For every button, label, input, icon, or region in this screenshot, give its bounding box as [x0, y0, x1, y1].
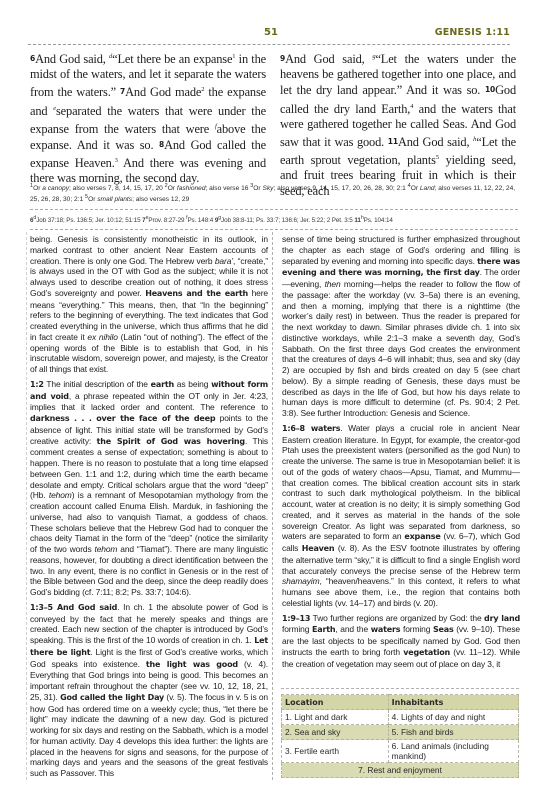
note-keyword: Heavens and the earth	[145, 289, 248, 298]
note-keyword: earth	[151, 380, 174, 389]
page-header: 51 GENESIS 1:11	[28, 26, 510, 45]
cross-ref-marker: h	[473, 136, 476, 143]
note-italic: shamayim	[282, 576, 320, 586]
footnote-number: 1	[30, 183, 33, 189]
chart-cell: 1. Light and dark	[282, 710, 389, 725]
chart-cell: 3. Fertile earth	[282, 740, 389, 763]
footnote-number: 5	[85, 194, 88, 200]
note-keyword: the light was good	[146, 660, 238, 669]
chart-cell: 6. Land animals (including mankind)	[388, 740, 518, 763]
note-italic: bara’	[215, 256, 233, 266]
verse-number: 11	[388, 137, 398, 146]
chart-cell: 4. Lights of day and night	[388, 710, 518, 725]
study-notes-column-left: being. Genesis is consistently monotheis…	[30, 234, 268, 783]
note-keyword: God called the light Day	[60, 693, 164, 702]
chart-row: 2. Sea and sky 5. Fish and birds	[282, 725, 519, 740]
chart-cell: 5. Fish and birds	[388, 725, 518, 740]
note-keyword: waters	[371, 625, 401, 634]
chart-cell: 2. Sea and sky	[282, 725, 389, 740]
chart-top-rule	[281, 688, 519, 689]
cross-reference-letter: h	[361, 215, 364, 221]
study-note-paragraph: sense of time being structured is furthe…	[282, 234, 520, 419]
verse-number: 10	[485, 85, 495, 94]
note-keyword: Let there be light	[30, 636, 268, 657]
footnote: 2Or fashioned; also verse 16	[165, 185, 251, 192]
note-keyword: Heaven	[302, 544, 335, 553]
footnote-marker: 4	[410, 103, 413, 110]
cross-reference-letter: g	[218, 215, 221, 221]
cross-ref-marker: f	[215, 123, 217, 130]
study-note-paragraph: 1:9–13 Two further regions are organized…	[282, 613, 520, 670]
note-keyword: there was evening and there was morning,…	[282, 257, 520, 278]
chart-footer-cell: 7. Rest and enjoyment	[282, 763, 519, 778]
note-keyword: 1:6–8 waters	[282, 424, 340, 433]
footnote: 1Or a canopy; also verses 7, 8, 14, 15, …	[30, 185, 165, 192]
note-keyword: 1:2	[30, 380, 44, 389]
note-keyword: the Spirit of God was hovering	[97, 437, 245, 446]
footnote-marker: 3	[115, 157, 118, 164]
scripture-text: 6And God said, d“Let there be an expanse…	[30, 49, 516, 199]
translation-footnotes: 1Or a canopy; also verses 7, 8, 14, 15, …	[30, 182, 518, 210]
footnote-number: 2	[165, 183, 168, 189]
verse-number: 8	[159, 140, 164, 149]
chart-row: 1. Light and dark 4. Lights of day and n…	[282, 710, 519, 725]
scripture-column-right: 9And God said, g“Let the waters under th…	[280, 49, 516, 199]
cross-reference: 7eProv. 8:27-29	[142, 217, 186, 224]
verse-number: 9	[280, 54, 285, 63]
footnote-number: 3	[250, 183, 253, 189]
note-italic: tehom	[94, 544, 117, 554]
page-number: 51	[264, 27, 278, 38]
note-keyword: without form and void	[30, 380, 268, 401]
footnote-alternative: small plants	[97, 196, 132, 203]
note-keyword: Earth	[312, 625, 335, 634]
cross-reference-letter: e	[146, 215, 149, 221]
note-italic: tehom	[49, 490, 72, 500]
cross-reference: 9gJob 38:8-11; Ps. 33:7; 136:6; Jer. 5:2…	[215, 217, 355, 224]
cross-reference-letter: d	[33, 215, 36, 221]
note-keyword: 1:9–13	[282, 614, 310, 623]
study-note-paragraph: 1:2 The initial description of the earth…	[30, 379, 268, 598]
running-head: GENESIS 1:11	[435, 27, 510, 38]
footnote-number: 4	[408, 183, 411, 189]
footnote-alternative: Sky	[262, 185, 273, 192]
left-margin-rule	[26, 232, 27, 780]
footnote-marker: 1	[232, 53, 235, 60]
study-note-paragraph: 1:3–5 And God said. In ch. 1 the absolut…	[30, 602, 268, 779]
cross-ref-marker: g	[372, 53, 375, 60]
chart-header-inhabitants: Inhabitants	[388, 695, 518, 710]
scripture-column-left: 6And God said, d“Let there be an expanse…	[30, 49, 266, 199]
cross-ref-marker: e	[53, 105, 56, 112]
chart-row: 3. Fertile earth 6. Land animals (includ…	[282, 740, 519, 763]
footnote: 3Or Sky; also verses 9, 14, 15, 17, 20, …	[250, 185, 407, 192]
study-note-paragraph: being. Genesis is consistently monotheis…	[30, 234, 268, 375]
footnote-marker: 5	[436, 154, 439, 161]
cross-reference: 11hPs. 104:14	[354, 217, 392, 224]
cross-reference: 6dJob 37:18; Ps. 136:5; Jer. 10:12; 51:1…	[30, 217, 142, 224]
note-keyword: vegetation	[403, 648, 450, 657]
footnote-marker: 2	[201, 86, 204, 93]
verse-number: 7	[120, 87, 125, 96]
footnote-alternative: a canopy	[42, 185, 69, 192]
study-note-paragraph: 1:6–8 waters. Water plays a crucial role…	[282, 423, 520, 609]
note-keyword: darkness . . . over the face of the deep	[30, 414, 215, 423]
note-keyword: dry land	[484, 614, 520, 623]
note-keyword: Seas	[433, 625, 454, 634]
verse-number: 6	[30, 54, 35, 63]
cross-reference: fPs. 148:4	[186, 217, 215, 224]
note-italic: ex nihilo	[87, 332, 117, 342]
footnote-alternative: Land	[420, 185, 435, 192]
footnote-alternative: fashioned	[177, 185, 206, 192]
cross-references: 6dJob 37:18; Ps. 136:5; Jer. 10:12; 51:1…	[30, 214, 518, 230]
cross-reference-letter: f	[186, 215, 187, 221]
cross-ref-marker: d	[109, 53, 112, 60]
creation-days-chart: Location Inhabitants 1. Light and dark 4…	[281, 694, 519, 778]
note-keyword: 1:3–5 And God said	[30, 603, 117, 612]
note-keyword: expanse	[404, 532, 440, 541]
note-italic: then	[325, 279, 341, 289]
footnote: 5Or small plants; also verses 12, 29	[85, 196, 189, 203]
chart-footer-row: 7. Rest and enjoyment	[282, 763, 519, 778]
chart-header-row: Location Inhabitants	[282, 695, 519, 710]
chart-header-location: Location	[282, 695, 389, 710]
